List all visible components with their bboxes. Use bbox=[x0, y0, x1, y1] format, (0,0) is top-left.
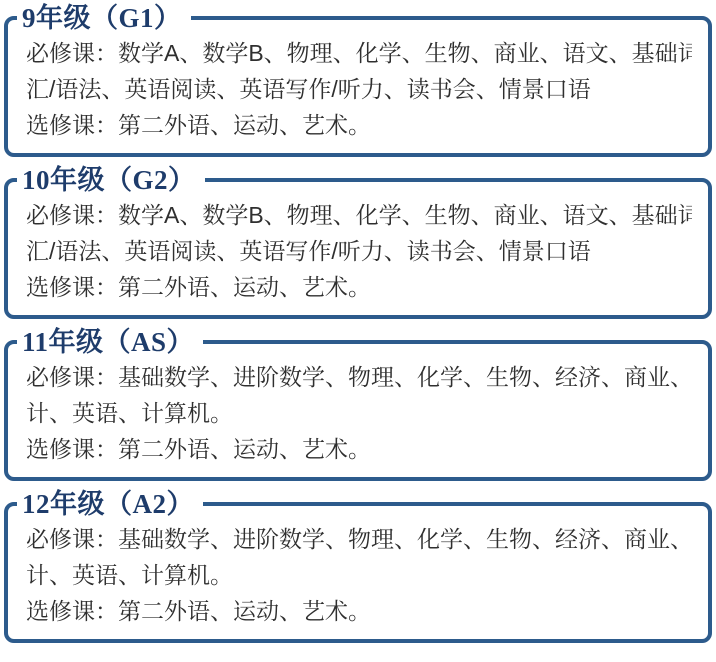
grade-title-g2: 10年级（G2） bbox=[17, 166, 205, 194]
required-courses-line: 必修课：数学A、数学B、物理、化学、生物、商业、语文、基础词 bbox=[26, 35, 692, 71]
required-courses-line: 必修课：数学A、数学B、物理、化学、生物、商业、语文、基础词 bbox=[26, 197, 692, 233]
grade-title-a2: 12年级（A2） bbox=[17, 490, 203, 518]
elective-courses-line: 选修课：第二外语、运动、艺术。 bbox=[26, 107, 692, 143]
curriculum-page: 9年级（G1） 必修课：数学A、数学B、物理、化学、生物、商业、语文、基础词 汇… bbox=[0, 0, 716, 643]
grade-section-g2: 10年级（G2） 必修课：数学A、数学B、物理、化学、生物、商业、语文、基础词 … bbox=[4, 178, 712, 319]
grade-section-g1: 9年级（G1） 必修课：数学A、数学B、物理、化学、生物、商业、语文、基础词 汇… bbox=[4, 16, 712, 157]
grade-title-as: 11年级（AS） bbox=[17, 328, 203, 356]
elective-courses-line: 选修课：第二外语、运动、艺术。 bbox=[26, 431, 692, 467]
grade-title-g1: 9年级（G1） bbox=[17, 4, 191, 32]
grade-section-a2: 12年级（A2） 必修课：基础数学、进阶数学、物理、化学、生物、经济、商业、会 … bbox=[4, 502, 712, 643]
required-courses-line-cont: 汇/语法、英语阅读、英语写作/听力、读书会、情景口语 bbox=[26, 71, 692, 107]
required-courses-line-cont: 计、英语、计算机。 bbox=[26, 557, 692, 593]
elective-courses-line: 选修课：第二外语、运动、艺术。 bbox=[26, 593, 692, 629]
required-courses-line-cont: 计、英语、计算机。 bbox=[26, 395, 692, 431]
required-courses-line-cont: 汇/语法、英语阅读、英语写作/听力、读书会、情景口语 bbox=[26, 233, 692, 269]
required-courses-line: 必修课：基础数学、进阶数学、物理、化学、生物、经济、商业、会 bbox=[26, 359, 692, 395]
required-courses-line: 必修课：基础数学、进阶数学、物理、化学、生物、经济、商业、会 bbox=[26, 521, 692, 557]
grade-section-as: 11年级（AS） 必修课：基础数学、进阶数学、物理、化学、生物、经济、商业、会 … bbox=[4, 340, 712, 481]
elective-courses-line: 选修课：第二外语、运动、艺术。 bbox=[26, 269, 692, 305]
